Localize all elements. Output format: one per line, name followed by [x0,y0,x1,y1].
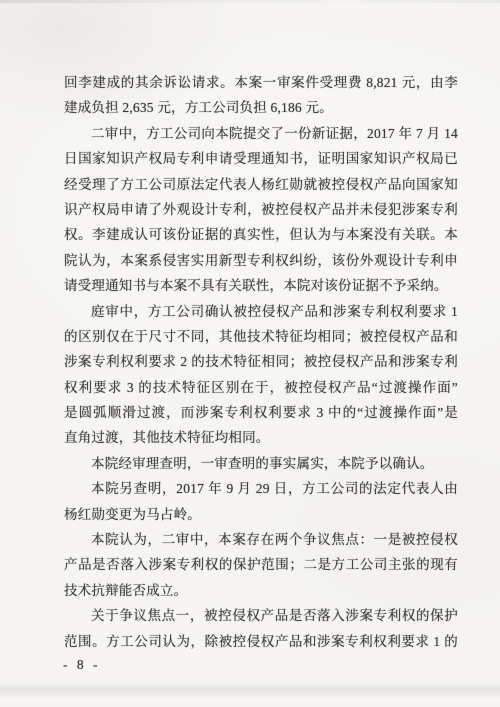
text-line: 的区别仅在于尺寸不同，其他技术特征均相同；被控侵权产品和 [64,324,458,349]
text-line: 本院认为，二审中，本案存在两个争议焦点：一是被控侵权 [64,527,458,552]
text-line: 日国家知识产权局专利申请受理通知书，证明国家知识产权局已 [64,146,458,171]
paragraph: 本院认为，二审中，本案存在两个争议焦点：一是被控侵权产品是否落入涉案专利权的保护… [64,527,458,603]
text-line: 关于争议焦点一，被控侵权产品是否落入涉案专利权的保护 [64,603,458,628]
paragraph: 本院经审理查明，一审查明的事实属实，本院予以确认。 [64,451,458,476]
text-line: 经受理了方工公司原法定代表人杨红勋就被控侵权产品向国家知 [64,172,458,197]
text-line: 识产权局申请了外观设计专利，被控侵权产品并未侵犯涉案专利 [64,197,458,222]
text-line: 请受理通知书与本案不具有关联性，本院对该份证据不予采纳。 [64,273,458,298]
text-line: 杨红勋变更为马占岭。 [64,502,458,527]
text-line: 直角过渡，其他技术特征均相同。 [64,425,458,450]
text-line: 技术抗辩能否成立。 [64,578,458,603]
text-line: 涉案专利权利要求 2 的技术特征相同；被控侵权产品和涉案专利 [64,349,458,374]
paragraph: 庭审中，方工公司确认被控侵权产品和涉案专利权利要求 1的区别仅在于尺寸不同，其他… [64,299,458,451]
text-line: 本院经审理查明，一审查明的事实属实，本院予以确认。 [64,451,458,476]
text-line: 产品是否落入涉案专利权的保护范围；二是方工公司主张的现有 [64,552,458,577]
page-number: - 8 - [63,652,101,677]
text-line: 二审中，方工公司向本院提交了一份新证据，2017 年 7 月 14 [64,121,458,146]
paragraph: 二审中，方工公司向本院提交了一份新证据，2017 年 7 月 14日国家知识产权… [64,121,458,299]
text-line: 回李建成的其余诉讼请求。本案一审案件受理费 8,821 元，由李 [64,70,458,95]
paragraph: 本院另查明，2017 年 9 月 29 日，方工公司的法定代表人由杨红勋变更为马… [64,476,458,527]
paragraph: 关于争议焦点一，被控侵权产品是否落入涉案专利权的保护范围。方工公司认为，除被控侵… [64,603,458,654]
text-line: 院认为，本案系侵害实用新型专利权纠纷，该份外观设计专利申 [64,248,458,273]
paragraph: 回李建成的其余诉讼请求。本案一审案件受理费 8,821 元，由李建成负担 2,6… [64,70,458,121]
text-line: 权利要求 3 的技术特征区别在于，被控侵权产品“过渡操作面” [64,375,458,400]
text-line: 庭审中，方工公司确认被控侵权产品和涉案专利权利要求 1 [64,299,458,324]
scan-edge-top-artifact [0,0,500,3]
text-line: 范围。方工公司认为，除被控侵权产品和涉案专利权利要求 1 的 [64,629,458,654]
scan-edge-bottom-artifact [0,683,500,699]
text-line: 本院另查明，2017 年 9 月 29 日，方工公司的法定代表人由 [64,476,458,501]
document-page: 回李建成的其余诉讼请求。本案一审案件受理费 8,821 元，由李建成负担 2,6… [0,0,500,707]
judgment-text: 回李建成的其余诉讼请求。本案一审案件受理费 8,821 元，由李建成负担 2,6… [64,70,458,654]
text-line: 权。李建成认可该份证据的真实性，但认为与本案没有关联。本 [64,222,458,247]
text-line: 是圆弧顺滑过渡，而涉案专利权利要求 3 中的“过渡操作面”是 [64,400,458,425]
text-line: 建成负担 2,635 元，方工公司负担 6,186 元。 [64,95,458,120]
